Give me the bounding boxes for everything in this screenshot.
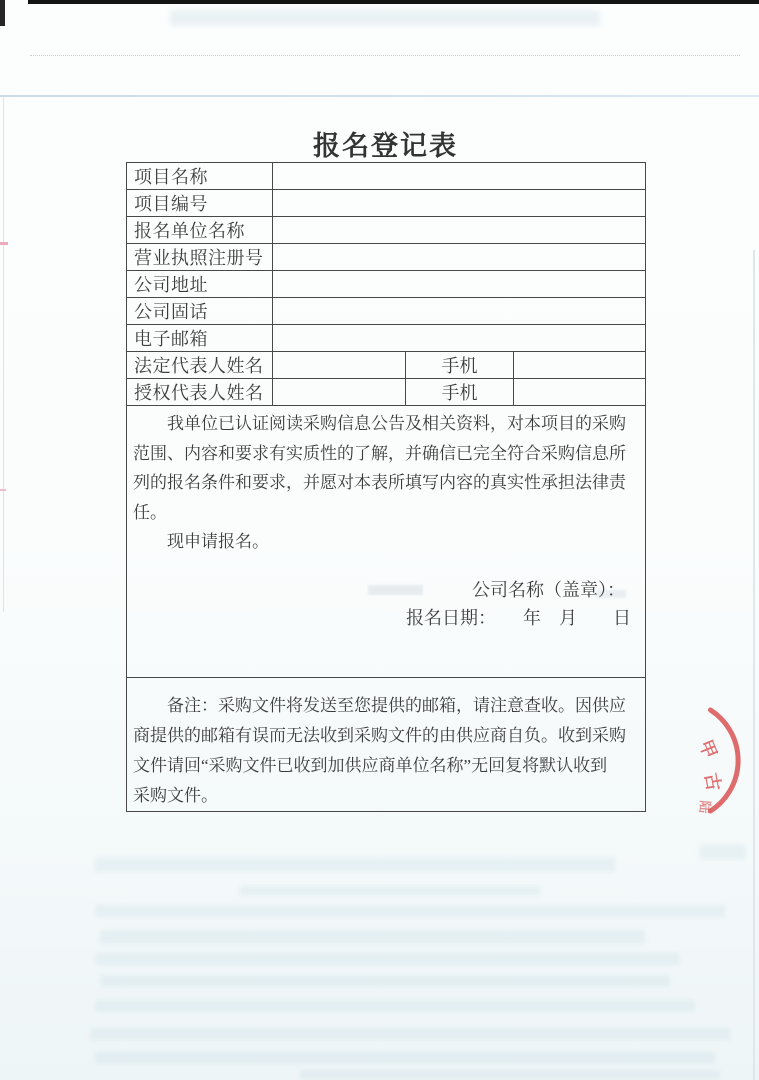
table-row: 项目名称 — [127, 163, 646, 190]
apply-statement: 现申请报名。 — [133, 527, 637, 557]
field-value-cell — [273, 298, 646, 325]
page-title: 报名登记表 — [126, 124, 645, 163]
registration-date-line: 报名日期： 年 月 日 — [133, 606, 631, 630]
scan-artifact-vertical-line — [3, 97, 4, 612]
table-row: 报名单位名称 — [127, 217, 646, 244]
field-label: 法定代表人姓名 — [127, 352, 273, 379]
field-value-cell — [273, 352, 406, 379]
note-row: 备注：采购文件将发送至您提供的邮箱，请注意查收。因供应 商提供的邮箱有误而无法收… — [127, 678, 646, 812]
field-label: 项目编号 — [127, 190, 273, 217]
ghost-text-bleed — [90, 1028, 730, 1040]
field-label: 公司地址 — [127, 271, 273, 298]
declaration-cell: 我单位已认证阅读采购信息公告及相关资料，对本项目的采购 范围、内容和要求有实质性… — [127, 406, 646, 678]
company-seal-line: 公司名称（盖章）： — [133, 578, 625, 602]
note-cell: 备注：采购文件将发送至您提供的邮箱，请注意查收。因供应 商提供的邮箱有误而无法收… — [127, 678, 646, 812]
scan-artifact-smudge — [170, 10, 600, 26]
remark-paragraph: 备注：采购文件将发送至您提供的邮箱，请注意查收。因供应 商提供的邮箱有误而无法收… — [133, 691, 635, 811]
phone-label: 手机 — [406, 379, 514, 406]
scan-artifact-tick-row — [30, 55, 740, 56]
declaration-paragraph: 我单位已认证阅读采购信息公告及相关资料，对本项目的采购 范围、内容和要求有实质性… — [133, 409, 637, 527]
field-label: 公司固话 — [127, 298, 273, 325]
table-row: 公司固话 — [127, 298, 646, 325]
scan-artifact-pink-mark — [0, 489, 6, 491]
table-row: 电子邮箱 — [127, 325, 646, 352]
field-value-cell — [273, 271, 646, 298]
seal-char: 古 — [701, 771, 725, 792]
seal-arc — [711, 710, 739, 811]
field-value-cell — [273, 163, 646, 190]
table-row: 法定代表人姓名 手机 — [127, 352, 646, 379]
page-right-edge — [753, 250, 755, 1080]
field-value-cell — [273, 190, 646, 217]
scanned-registration-form-page: 报名登记表 项目名称 项目编号 报名单位名称 营业执照注册号 公司地址 公司固话 — [0, 0, 759, 1080]
scan-artifact-top-bar — [28, 0, 759, 4]
phone-value-cell — [514, 352, 646, 379]
red-seal: 甲 古 陆 — [615, 698, 755, 828]
declaration-row: 我单位已认证阅读采购信息公告及相关资料，对本项目的采购 范围、内容和要求有实质性… — [127, 406, 646, 678]
ghost-text-bleed — [240, 886, 540, 896]
ghost-text-bleed — [95, 953, 680, 965]
field-label: 营业执照注册号 — [127, 244, 273, 271]
seal-char: 甲 — [695, 737, 720, 761]
scan-artifact-corner-mark — [0, 0, 5, 26]
ghost-text-bleed — [100, 975, 670, 987]
field-value-cell — [273, 217, 646, 244]
table-row: 公司地址 — [127, 271, 646, 298]
registration-table: 项目名称 项目编号 报名单位名称 营业执照注册号 公司地址 公司固话 电子邮箱 — [126, 162, 646, 812]
ghost-text-bleed — [100, 930, 645, 944]
ghost-text-bleed — [700, 845, 745, 859]
table-row: 营业执照注册号 — [127, 244, 646, 271]
field-label: 项目名称 — [127, 163, 273, 190]
ghost-text-bleed — [95, 905, 725, 917]
ghost-text-bleed — [95, 1052, 715, 1064]
scan-artifact-horizontal-line — [0, 95, 759, 97]
scan-artifact-pink-mark — [0, 242, 8, 245]
field-value-cell — [273, 244, 646, 271]
table-row: 授权代表人姓名 手机 — [127, 379, 646, 406]
field-label: 报名单位名称 — [127, 217, 273, 244]
table-row: 项目编号 — [127, 190, 646, 217]
phone-value-cell — [514, 379, 646, 406]
ghost-text-bleed — [95, 858, 615, 872]
ghost-text-bleed — [300, 1070, 720, 1079]
phone-label: 手机 — [406, 352, 514, 379]
ghost-text-bleed — [95, 1000, 695, 1012]
field-label: 授权代表人姓名 — [127, 379, 273, 406]
seal-char: 陆 — [697, 800, 713, 814]
field-value-cell — [273, 325, 646, 352]
field-label: 电子邮箱 — [127, 325, 273, 352]
field-value-cell — [273, 379, 406, 406]
